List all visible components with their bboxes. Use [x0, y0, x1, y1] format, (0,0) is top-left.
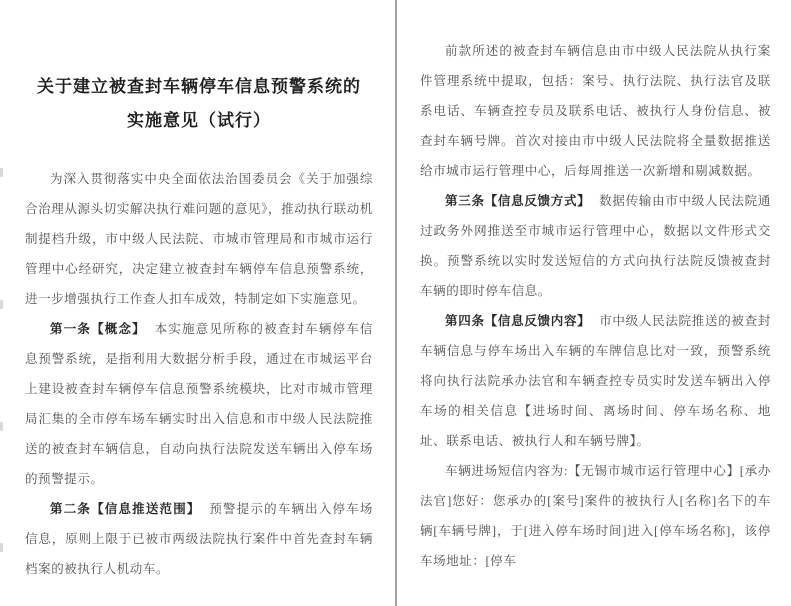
paragraph-sms-template: 车辆进场短信内容为:【无锡市城市运行管理中心】[承办法官]您好：您承办的[案号]… — [420, 456, 771, 576]
paragraph-clause-3: 第三条【信息反馈方式】数据传输由市中级人民法院通过政务外网推送至市城市运行管理中… — [420, 186, 771, 306]
paragraph-clause-2: 第二条【信息推送范围】预警提示的车辆出入停车场信息，原则上限于已被市两级法院执行… — [25, 494, 373, 584]
paragraph-text: 为深入贯彻落实中央全面依法治国委员会《关于加强综合治理从源头切实解决执行难问题的… — [25, 172, 373, 306]
clause-heading: 第四条【信息反馈内容】 — [445, 314, 590, 328]
scan-artifact — [0, 168, 3, 177]
paragraph-text: 前款所述的被查封车辆信息由市中级人民法院从执行案件管理系统中提取，包括：案号、执… — [420, 44, 771, 178]
paragraph-text: 数据传输由市中级人民法院通过政务外网推送至市城市运行管理中心，数据以文件形式交换… — [420, 194, 771, 298]
scan-artifact — [0, 422, 3, 431]
paragraph-text: 本实施意见所称的被查封车辆停车信息预警系统，是指利用大数据分析手段，通过在市城运… — [25, 322, 373, 486]
page-1: 关于建立被查封车辆停车信息预警系统的 实施意见（试行） 为深入贯彻落实中央全面依… — [0, 0, 395, 606]
clause-heading: 第一条【概念】 — [50, 322, 146, 336]
page-2-body: 前款所述的被查封车辆信息由市中级人民法院从执行案件管理系统中提取，包括：案号、执… — [420, 36, 771, 576]
paragraph-continuation: 前款所述的被查封车辆信息由市中级人民法院从执行案件管理系统中提取，包括：案号、执… — [420, 36, 771, 186]
clause-heading: 第三条【信息反馈方式】 — [445, 194, 590, 208]
document-title: 关于建立被查封车辆停车信息预警系统的 实施意见（试行） — [25, 70, 373, 138]
scan-artifact — [0, 543, 3, 552]
paragraph-text: 市中级人民法院推送的被查封车辆信息与停车场出入车辆的车牌信息比对一致，预警系统将… — [420, 314, 771, 448]
paragraph-intro: 为深入贯彻落实中央全面依法治国委员会《关于加强综合治理从源头切实解决执行难问题的… — [25, 164, 373, 314]
page-1-body: 为深入贯彻落实中央全面依法治国委员会《关于加强综合治理从源头切实解决执行难问题的… — [25, 164, 373, 584]
document-title-line-1: 关于建立被查封车辆停车信息预警系统的 — [25, 70, 373, 104]
paragraph-clause-4: 第四条【信息反馈内容】市中级人民法院推送的被查封车辆信息与停车场出入车辆的车牌信… — [420, 306, 771, 456]
scan-artifact — [0, 300, 3, 309]
clause-heading: 第二条【信息推送范围】 — [50, 502, 201, 516]
paragraph-text: 车辆进场短信内容为:【无锡市城市运行管理中心】[承办法官]您好：您承办的[案号]… — [420, 464, 771, 568]
document-spread: 关于建立被查封车辆停车信息预警系统的 实施意见（试行） 为深入贯彻落实中央全面依… — [0, 0, 791, 606]
paragraph-clause-1: 第一条【概念】本实施意见所称的被查封车辆停车信息预警系统，是指利用大数据分析手段… — [25, 314, 373, 494]
page-2: 前款所述的被查封车辆信息由市中级人民法院从执行案件管理系统中提取，包括：案号、执… — [397, 0, 791, 606]
document-title-line-2: 实施意见（试行） — [25, 104, 373, 138]
